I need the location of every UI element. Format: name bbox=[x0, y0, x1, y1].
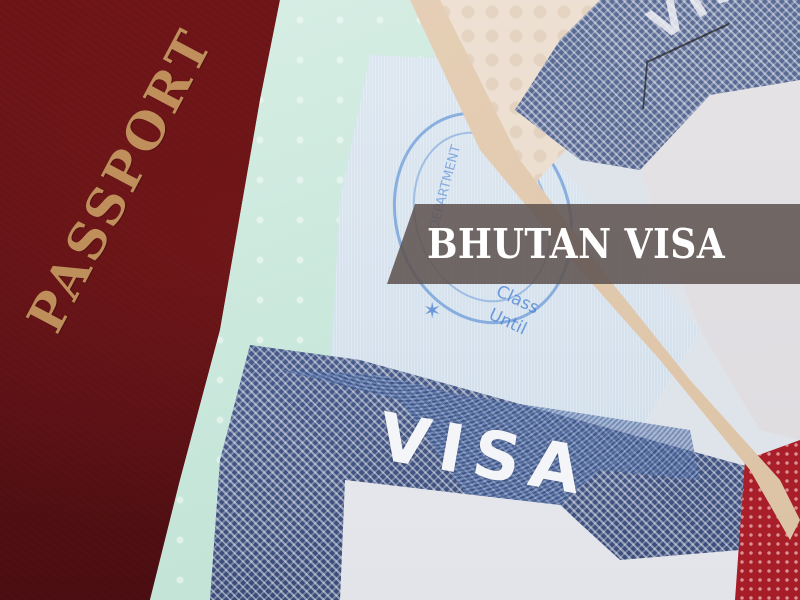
photo-scene: PASSPORT DEPARTMENT Class Until ✶ VISA V… bbox=[0, 0, 800, 600]
stamp-star-icon: ✶ bbox=[423, 298, 441, 324]
banner-title: BHUTAN VISA bbox=[427, 220, 725, 268]
title-banner: BHUTAN VISA bbox=[387, 204, 800, 284]
